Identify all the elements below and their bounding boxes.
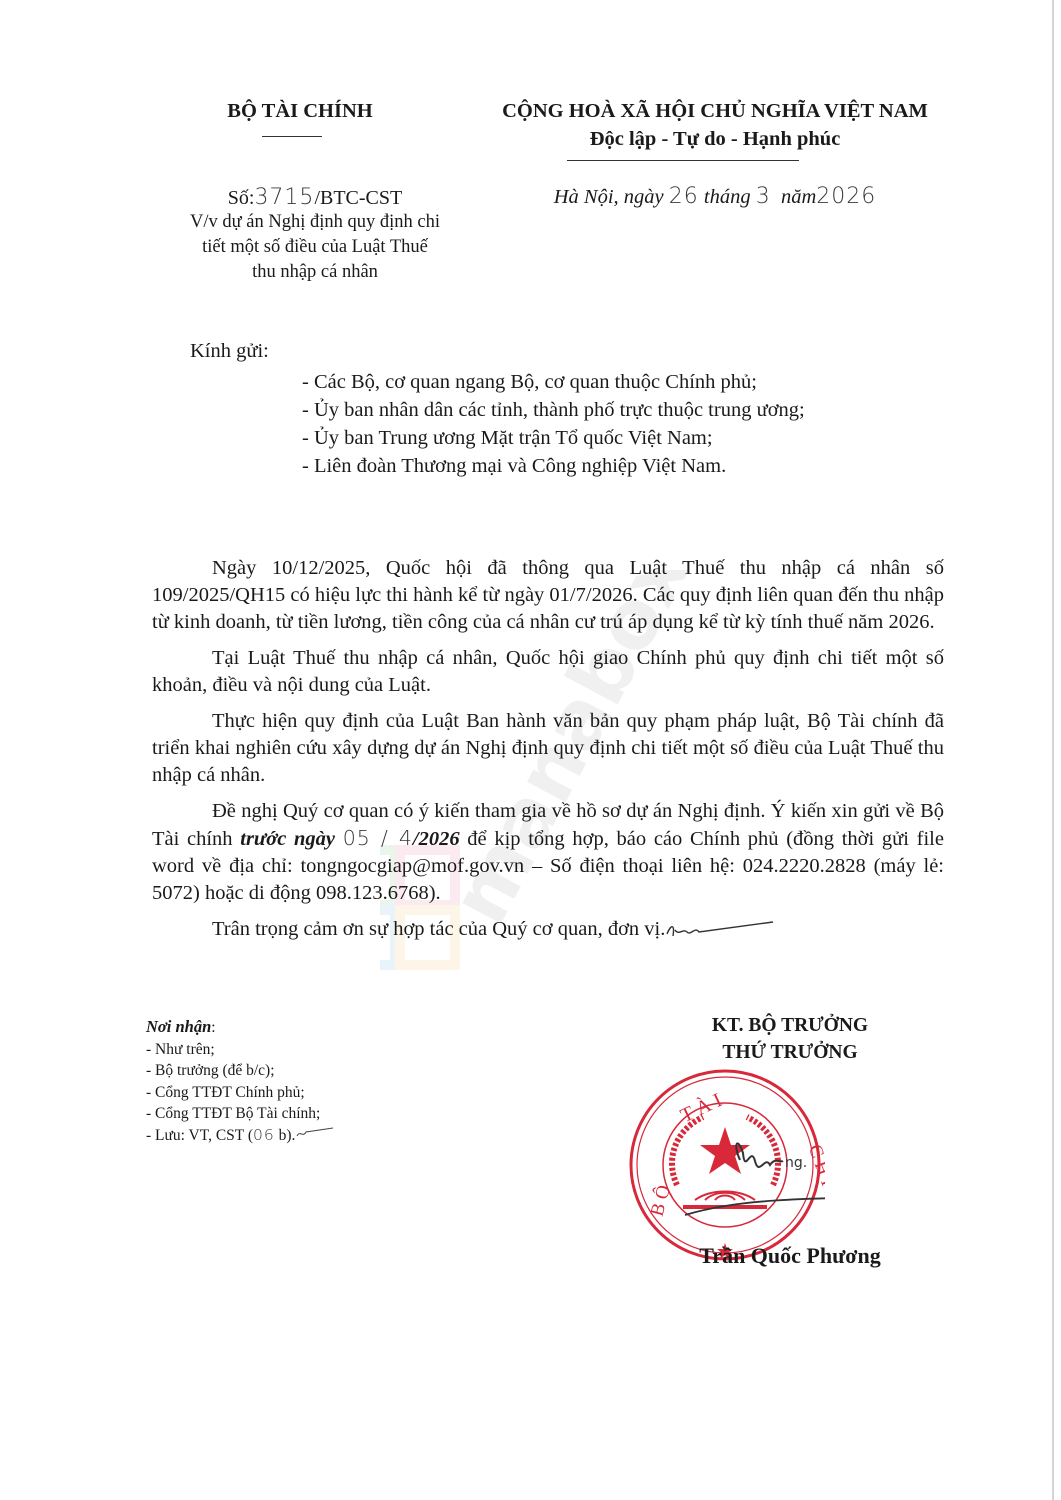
doc-number-suffix: /BTC-CST: [314, 187, 402, 209]
archive-scribble-icon: [295, 1126, 335, 1140]
body-paragraph-3: Thực hiện quy định của Luật Ban hành văn…: [152, 708, 944, 789]
archive-suffix: b).: [275, 1127, 296, 1144]
motto-underline: [567, 160, 799, 161]
national-title: CỘNG HOÀ XÃ HỘI CHỦ NGHĨA VIỆT NAM: [470, 100, 960, 123]
scan-edge-line: [1052, 0, 1054, 1500]
signer-title: KT. BỘ TRƯỞNG THỨ TRƯỞNG: [660, 1012, 920, 1066]
signer-name: Trần Quốc Phương: [655, 1243, 925, 1269]
distribution-title: Nơi nhận: [146, 1017, 211, 1036]
recipient-item: - Liên đoàn Thương mại và Công nghiệp Vi…: [302, 452, 805, 480]
distribution-item: - Như trên;: [146, 1039, 335, 1061]
distribution-item: - Cổng TTĐT Chính phủ;: [146, 1082, 335, 1104]
date-year: 2026: [816, 184, 876, 209]
svg-text:T À I: T À I: [677, 1088, 726, 1127]
recipient-item: - Ủy ban nhân dân các tỉnh, thành phố tr…: [302, 396, 805, 424]
distribution-item-archive: - Lưu: VT, CST (06 b).: [146, 1125, 335, 1147]
body-paragraph-5: Trân trọng cảm ơn sự hợp tác của Quý cơ …: [152, 916, 944, 943]
organization-underline: [262, 136, 322, 137]
contact-mobile: 098.123.6768: [316, 882, 429, 904]
signer-title-line1: KT. BỘ TRƯỞNG: [660, 1012, 920, 1039]
deadline-year: /2026: [413, 828, 460, 850]
p4-text: – Số điện thoại liên hệ:: [524, 855, 743, 877]
recipient-item: - Các Bộ, cơ quan ngang Bộ, cơ quan thuộ…: [302, 368, 805, 396]
body-paragraph-2: Tại Luật Thuế thu nhập cá nhân, Quốc hội…: [152, 645, 944, 699]
document-subject: V/v dự án Nghị định quy định chi tiết mộ…: [170, 210, 460, 285]
date-month: 3: [756, 184, 771, 209]
subject-line: tiết một số điều của Luật Thuế: [170, 235, 460, 260]
subject-line: thu nhập cá nhân: [170, 260, 460, 285]
letter-body: Ngày 10/12/2025, Quốc hội đã thông qua L…: [152, 555, 944, 952]
official-seal-icon: T À I C H Í N H B Ộ ng.: [625, 1065, 825, 1265]
document-number: Số:3715/BTC-CST: [170, 185, 460, 211]
year-label: năm: [781, 186, 816, 208]
contact-email[interactable]: tongngocgiap@mof.gov.vn: [300, 855, 524, 877]
recipient-item: - Ủy ban Trung ương Mặt trận Tổ quốc Việ…: [302, 424, 805, 452]
closing-text: Trân trọng cảm ơn sự hợp tác của Quý cơ …: [212, 918, 665, 940]
doc-number-prefix: Số:: [228, 187, 255, 209]
svg-text:B Ộ: B Ộ: [646, 1183, 675, 1219]
place-prefix: Hà Nội, ngày: [554, 186, 664, 208]
body-paragraph-4: Đề nghị Quý cơ quan có ý kiến tham gia v…: [152, 798, 944, 907]
issuing-organization: BỘ TÀI CHÍNH: [190, 100, 410, 123]
distribution-item: - Cổng TTĐT Bộ Tài chính;: [146, 1103, 335, 1125]
national-motto: Độc lập - Tự do - Hạnh phúc: [470, 128, 960, 151]
distribution-colon: :: [211, 1019, 215, 1036]
distribution-item: - Bộ trưởng (để b/c);: [146, 1060, 335, 1082]
p4-text: ).: [429, 882, 441, 904]
doc-number-handwritten: 3715: [254, 185, 314, 210]
date-day: 26: [669, 184, 699, 209]
contact-phone: 024.2220.2828: [743, 855, 866, 877]
deadline-label: trước ngày: [240, 828, 335, 850]
archive-prefix: - Lưu: VT, CST (: [146, 1127, 253, 1144]
subject-line: V/v dự án Nghị định quy định chi: [170, 210, 460, 235]
initials-scribble-icon: [665, 920, 775, 940]
distribution-list: Nơi nhận: - Như trên; - Bộ trưởng (để b/…: [146, 1016, 335, 1146]
svg-text:ng.: ng.: [785, 1155, 807, 1171]
archive-copies: 06: [253, 1126, 275, 1144]
signer-title-line2: THỨ TRƯỞNG: [660, 1039, 920, 1066]
month-label: tháng: [704, 186, 751, 208]
deadline-handwritten: 05 / 4: [343, 826, 413, 850]
recipients-label: Kính gửi:: [190, 340, 269, 363]
recipients-list: - Các Bộ, cơ quan ngang Bộ, cơ quan thuộ…: [302, 368, 805, 480]
place-and-date: Hà Nội, ngày 26 tháng 3 năm2026: [470, 184, 960, 209]
body-paragraph-1: Ngày 10/12/2025, Quốc hội đã thông qua L…: [152, 555, 944, 636]
